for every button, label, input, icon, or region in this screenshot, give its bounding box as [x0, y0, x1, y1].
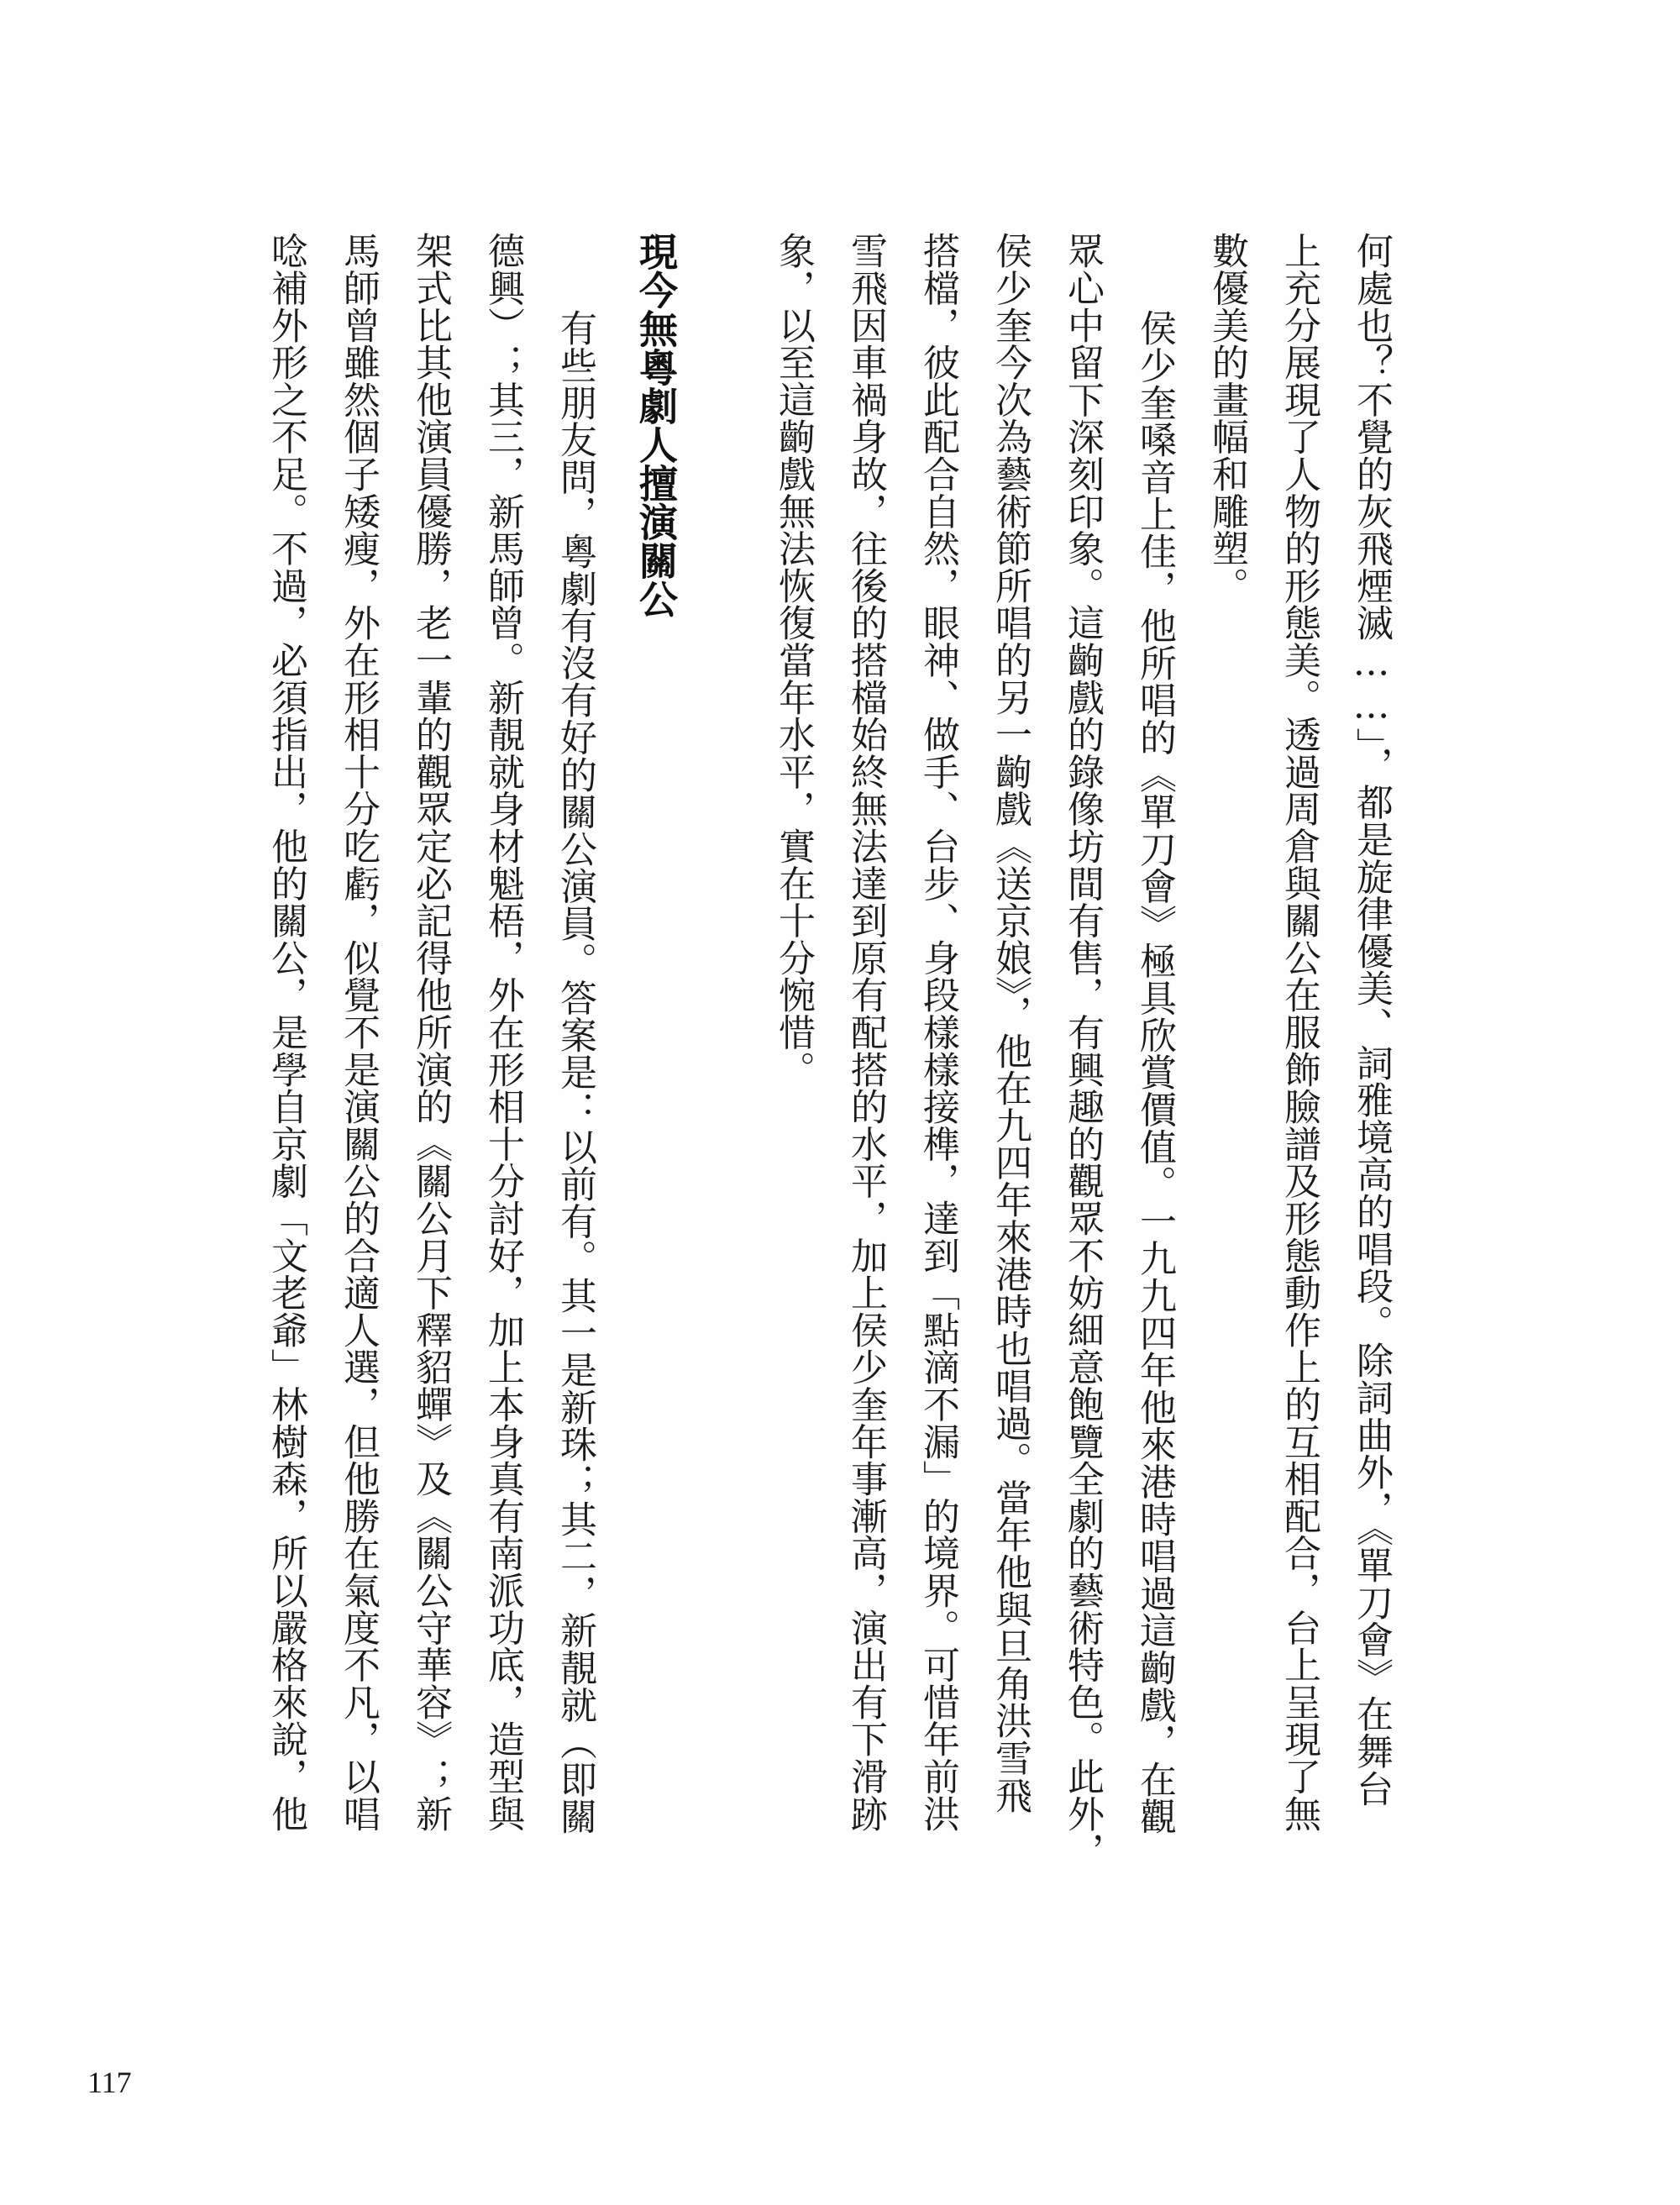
text-column-8: 雪飛因車禍身故，往後的搭檔始終無法達到原有配搭的水平，加上侯少奎年事漸高，演出有… — [811, 232, 884, 1832]
text-column-14: 馬師曾雖然個子矮瘦，外在形相十分吃虧，似覺不是演關公的合適人選，但他勝在氣度不凡… — [304, 232, 376, 1832]
text-column-6: 侯少奎今次為藝術節所唱的另一齣戲《送京娘》，他在九四年來港時也唱過。當年他與旦角… — [956, 232, 1028, 1814]
page-number: 117 — [87, 2065, 132, 2100]
text-column-11: 有些朋友問，粵劇有沒有好的關公演員。答案是：以前有。其一是新珠；其二，新靚就（即… — [521, 309, 593, 1835]
book-page: 何處也？不覺的灰飛煙滅……」，都是旋律優美、詞雅境高的唱段。除詞曲外，《單刀會》… — [0, 0, 1680, 2205]
section-heading: 現今無粵劇人擅演關公 — [603, 232, 675, 618]
text-column-2: 上充分展現了人物的形態美。透過周倉與關公在服飾臉譜及形態動作上的互相配合，台上呈… — [1245, 232, 1317, 1832]
text-column-1: 何處也？不覺的灰飛煙滅……」，都是旋律優美、詞雅境高的唱段。除詞曲外，《單刀會》… — [1317, 232, 1389, 1807]
text-column-7: 搭檔，彼此配合自然，眼神、做手、台步、身段樣樣接榫，達到「點滴不漏」的境界。可惜… — [884, 232, 956, 1832]
text-column-13: 架式比其他演員優勝，老一輩的觀眾定必記得他所演的《關公月下釋貂蟬》及《關公守華容… — [376, 232, 449, 1832]
text-column-5: 眾心中留下深刻印象。這齣戲的錄像坊間有售，有興趣的觀眾不妨細意飽覽全劇的藝術特色… — [1028, 232, 1100, 1869]
text-column-3: 數優美的畫幅和雕塑。 — [1173, 232, 1245, 604]
text-column-9: 象，以至這齣戲無法恢復當年水平，實在十分惋惜。 — [739, 232, 811, 1088]
text-column-4: 侯少奎嗓音上佳，他所唱的《單刀會》極具欣賞價值。一九九四年他來港時唱過這齣戲，在… — [1100, 309, 1173, 1835]
text-column-15: 唸補外形之不足。不過，必須指出，他的關公，是學自京劇「文老爺」林樹森，所以嚴格來… — [232, 232, 304, 1832]
text-column-12: 德興）；其三，新馬師曾。新靚就身材魁梧，外在形相十分討好，加上本身真有南派功底，… — [449, 232, 521, 1832]
